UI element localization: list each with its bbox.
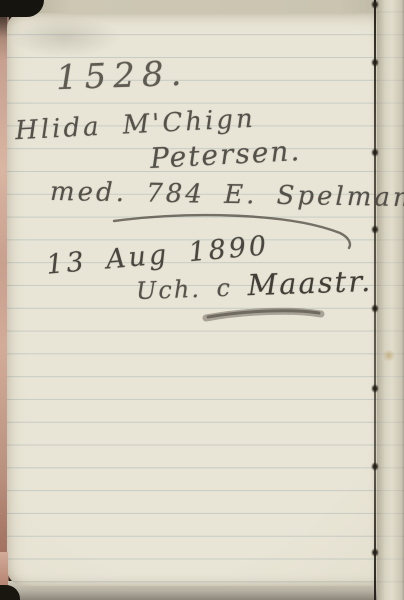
binding-gutter-strip bbox=[377, 0, 404, 600]
pencil-smudge bbox=[14, 15, 139, 59]
stitch-knot bbox=[371, 148, 379, 157]
stitch-knot bbox=[371, 0, 379, 9]
paper-stain bbox=[383, 349, 395, 362]
stitch-knot bbox=[371, 225, 379, 234]
stitch-knot bbox=[371, 58, 379, 67]
stitch-knot bbox=[371, 384, 379, 393]
stitch-knot bbox=[371, 548, 379, 557]
binding-stitch-line bbox=[374, 0, 376, 600]
notebook-photo: 1528. Hlida M'Chign Petersen. med. 784 E… bbox=[0, 0, 404, 600]
stitch-knot bbox=[371, 304, 379, 313]
stitch-knot bbox=[371, 462, 379, 471]
notebook-page bbox=[7, 13, 377, 586]
